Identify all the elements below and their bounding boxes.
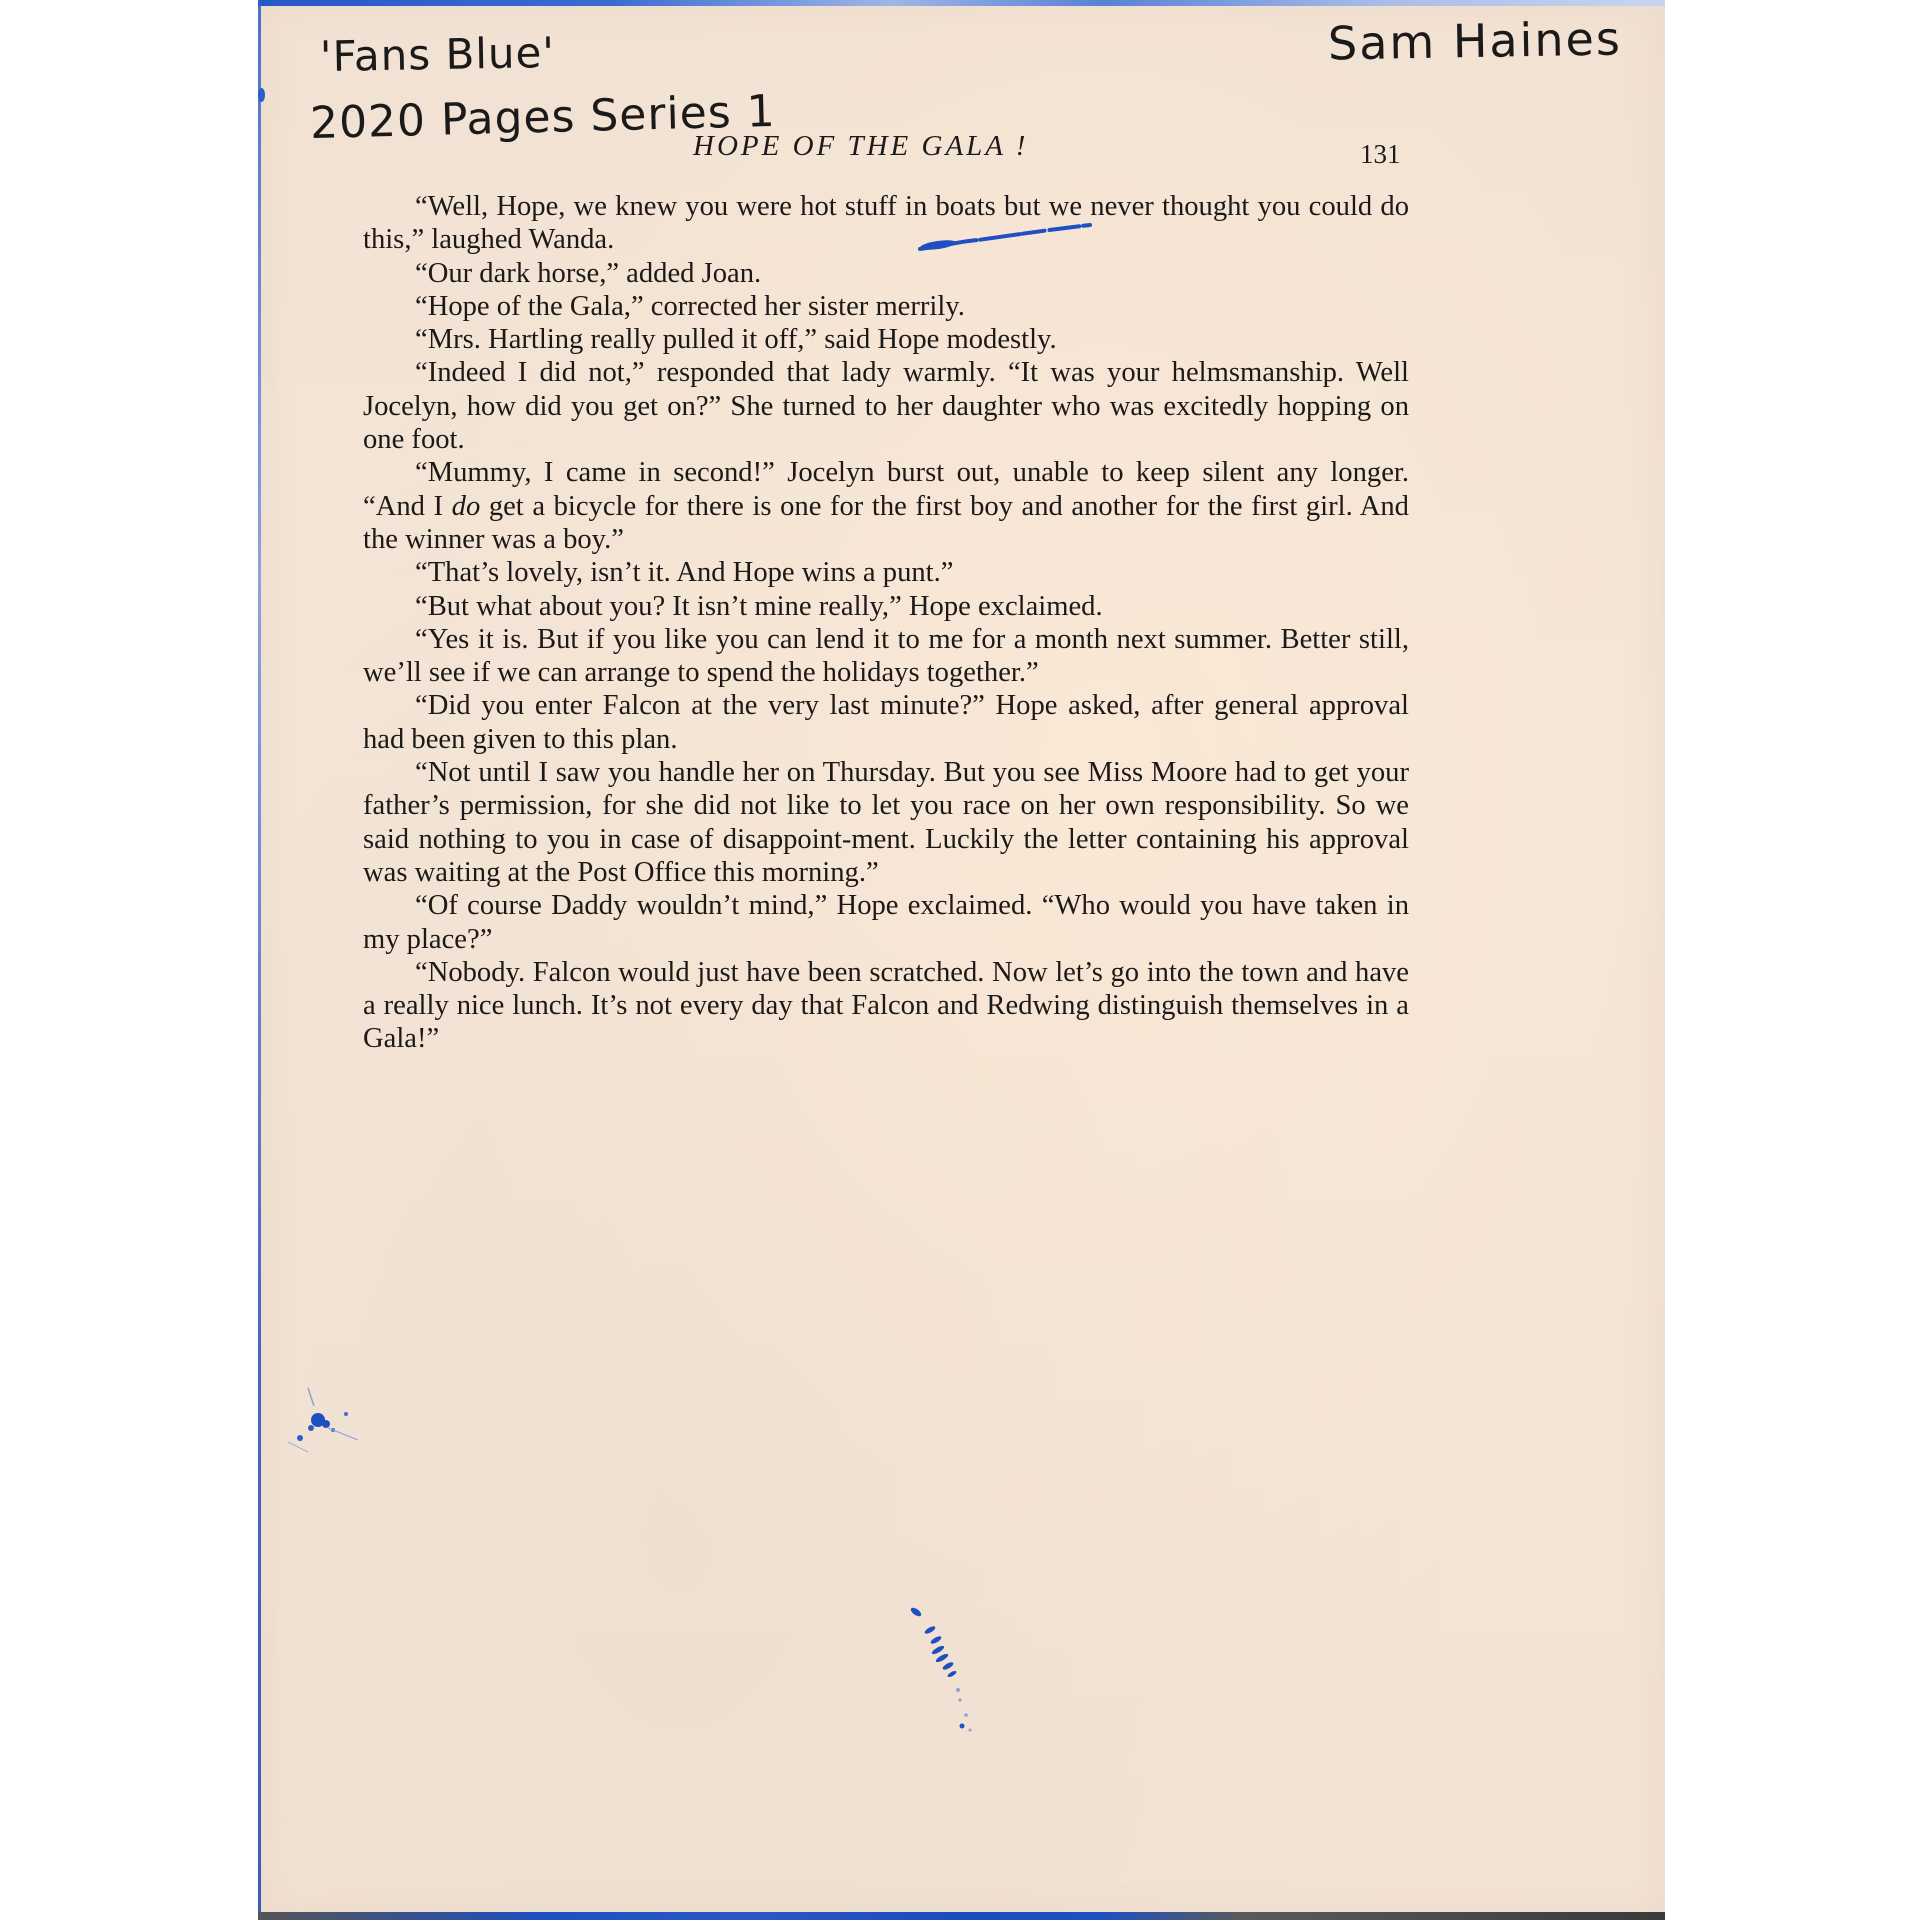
paragraph: “Yes it is. But if you like you can lend… <box>363 623 1409 690</box>
blue-paint-stroke <box>918 223 1093 253</box>
paragraph: “But what about you? It isn’t mine reall… <box>363 590 1409 623</box>
page-number: 131 <box>1360 139 1401 170</box>
blue-ink-dot <box>258 88 265 102</box>
emphasized-word: do <box>452 491 481 522</box>
paragraph-text: get a bicycle for there is one for the f… <box>363 491 1409 555</box>
paragraph: “That’s lovely, isn’t it. And Hope wins … <box>363 556 1409 589</box>
blue-paint-splatter <box>278 1380 368 1460</box>
blue-paint-brush-mark <box>908 1600 988 1750</box>
paragraph: “Hope of the Gala,” corrected her sister… <box>363 290 1409 323</box>
body-text: “Well, Hope, we knew you were hot stuff … <box>363 190 1409 1056</box>
paragraph: “Mrs. Hartling really pulled it off,” sa… <box>363 323 1409 356</box>
blue-paint-left-edge <box>258 0 261 1920</box>
paragraph: “Mummy, I came in second!” Jocelyn burst… <box>363 456 1409 556</box>
blue-paint-bottom-edge <box>258 1912 1665 1920</box>
running-head: HOPE OF THE GALA ! <box>693 130 1028 163</box>
paragraph: “Well, Hope, we knew you were hot stuff … <box>363 190 1409 257</box>
paragraph: “Of course Daddy wouldn’t mind,” Hope ex… <box>363 889 1409 956</box>
blue-paint-top-edge <box>258 0 1665 6</box>
paragraph: “Nobody. Falcon would just have been scr… <box>363 956 1409 1056</box>
paragraph: “Our dark horse,” added Joan. <box>363 257 1409 290</box>
handwritten-artist-signature: Sam Haines <box>1328 11 1623 70</box>
paragraph: “Not until I saw you handle her on Thurs… <box>363 756 1409 889</box>
handwritten-artwork-title: 'Fans Blue' <box>320 28 556 81</box>
paragraph: “Indeed I did not,” responded that lady … <box>363 356 1409 456</box>
paragraph: “Did you enter Falcon at the very last m… <box>363 689 1409 756</box>
book-page: 'Fans Blue' 2020 Pages Series 1 Sam Hain… <box>258 0 1665 1920</box>
